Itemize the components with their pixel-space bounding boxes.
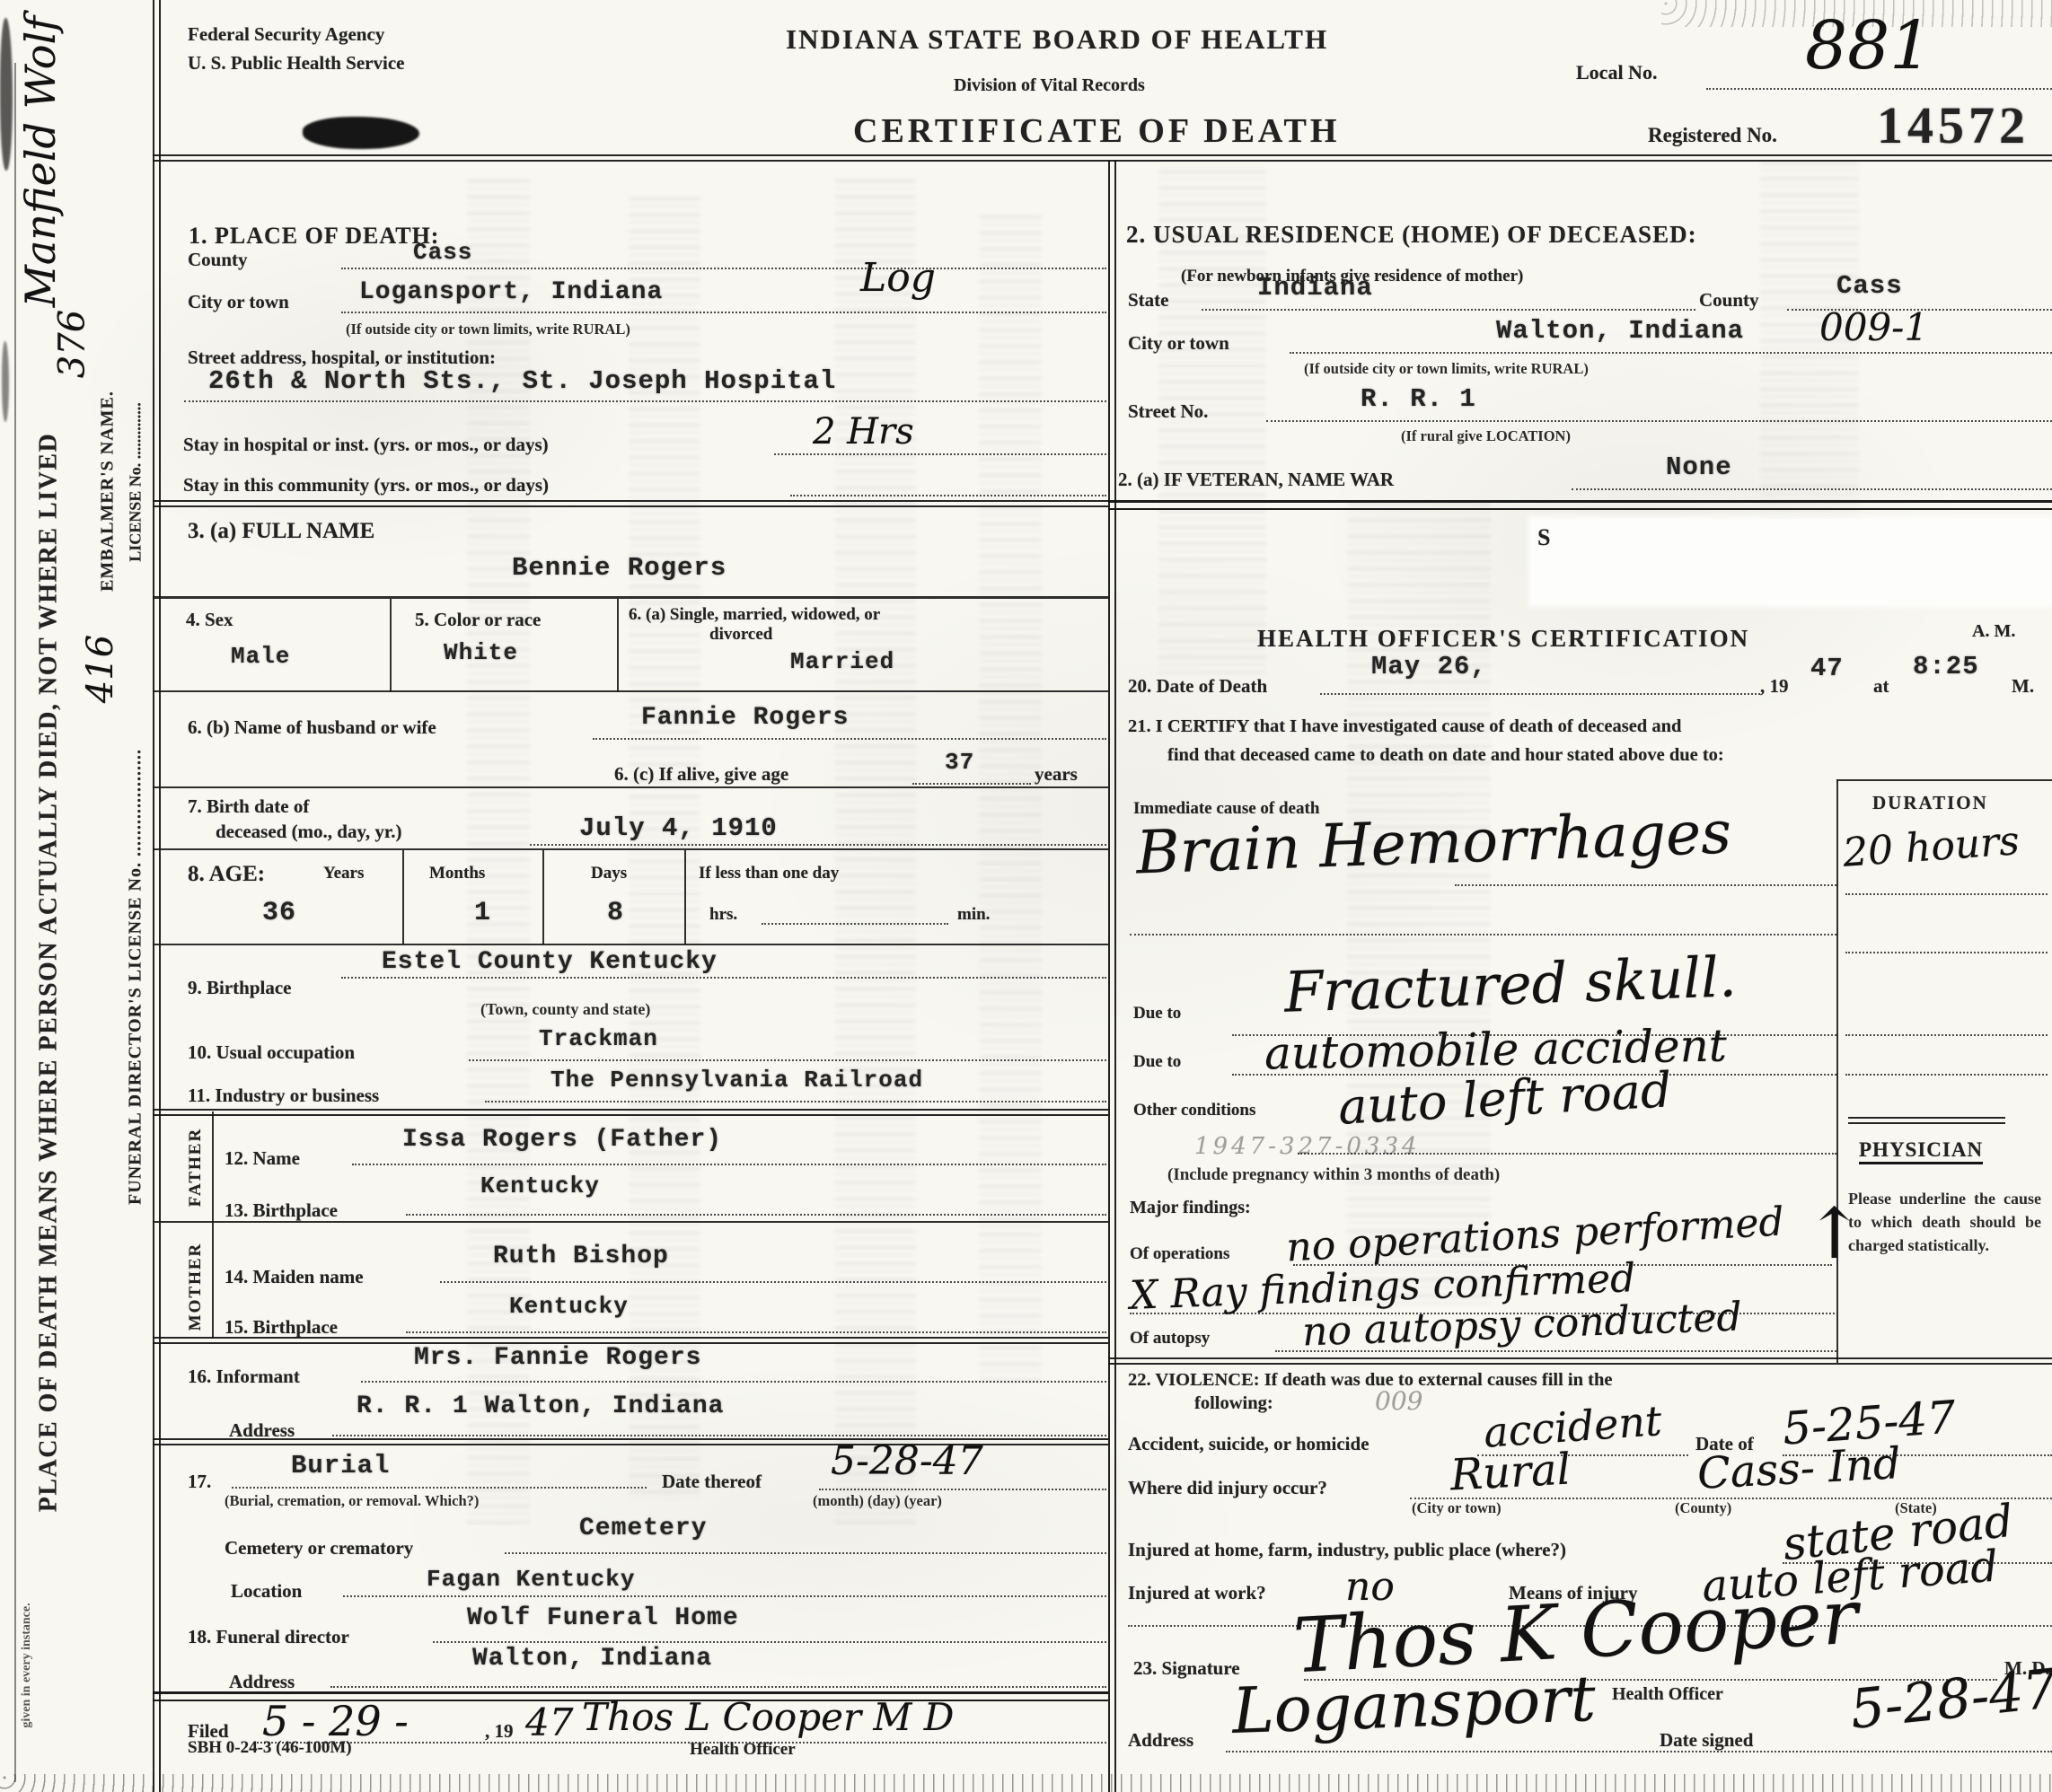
filed-officer-label: Health Officer [690,1740,796,1760]
scan-mark [2,341,9,422]
margin-license-label: LICENSE No. .............. [124,377,147,588]
filed-signature-handwritten: Thos L Cooper M D [582,1695,954,1739]
date-of-death-label: 20. Date of Death [1128,675,1267,698]
informant-address-value: R. R. 1 Walton, Indiana [357,1392,724,1420]
funeral-address-label: Address [229,1671,295,1693]
birthplace-value: Estel County Kentucky [382,948,718,976]
city-hint: (If outside city or town limits, write R… [346,321,630,338]
board-title: INDIANA STATE BOARD OF HEALTH [786,23,1328,56]
date-of-death-m: M. [2012,675,2034,698]
local-no-label: Local No. [1576,61,1657,84]
funeral-address-line [330,1661,1106,1688]
occupation-value: Trackman [539,1025,658,1052]
alive-years-label: years [1035,763,1078,786]
age-years-label: Years [323,864,364,883]
informant-address-label: Address [229,1419,295,1442]
certify-line-2: find that deceased came to death on date… [1167,745,1724,766]
cell-divider [617,599,619,692]
duration-box-left [1836,779,1838,1363]
form-left-border [153,0,161,1792]
row-rule [153,848,1108,850]
age-months-label: Months [429,864,485,883]
age-label: 8. AGE: [188,862,265,887]
age-min-label: min. [957,905,990,925]
duration-line [1845,1009,2048,1036]
residence-state-value: Indiana [1257,273,1373,303]
margin-funeral-license-number: 416 [78,619,123,718]
am-label: A. M. [1972,621,2015,642]
funeral-address-value: Walton, Indiana [472,1645,712,1673]
scan-mark [0,18,13,171]
date-of-death-at: at [1873,675,1889,698]
stay-hospital-handwritten: 2 Hrs [813,411,914,452]
column-divider [1108,160,1116,1792]
county-value: Cass [413,239,472,266]
section-rule [153,1109,1108,1116]
cemetery-label: Cemetery or crematory [225,1537,413,1559]
section-rule [153,500,1108,507]
date-signed-label: Date signed [1660,1729,1753,1752]
age-cell-divider [542,850,544,944]
violence-where-label: Where did injury occur? [1128,1477,1327,1499]
age-less-label: If less than one day [699,864,839,883]
violence-title-line1: 22. VIOLENCE: If death was due to extern… [1128,1370,1612,1391]
age-hrs-line [762,900,948,925]
violence-where-city-handwritten: Rural [1449,1445,1572,1501]
burial-location-label: Location [231,1580,302,1603]
faint-pencil-number: 1947-327-0334 [1194,1133,1421,1160]
marital-label-line2: divorced [709,625,772,645]
date-of-death-time: 8:25 [1913,652,1979,681]
margin-embalmer-license-number: 376 [50,296,95,392]
autopsy-label: Of autopsy [1130,1329,1210,1348]
due-to-1-label: Due to [1133,1004,1181,1023]
operations-label: Of operations [1130,1244,1229,1264]
parents-inner-border [212,1111,214,1339]
violence-where-hint-city: (City or town) [1412,1499,1502,1517]
spouse-label: 6. (b) Name of husband or wife [188,716,436,739]
birthdate-label-line1: 7. Birth date of [188,795,309,818]
residence-county-label: County [1699,289,1759,312]
marital-value: Married [790,648,894,675]
row-rule [153,690,1108,692]
duration-box-top [1836,779,2052,781]
sex-value: Male [231,643,290,670]
burial-date-handwritten: 5-28-47 [831,1438,983,1484]
certify-line-1: 21. I CERTIFY that I have investigated c… [1128,716,1681,737]
funeral-director-label: 18. Funeral director [188,1626,349,1648]
industry-label: 11. Industry or business [188,1085,379,1107]
pregnancy-hint: (Include pregnancy within 3 months of de… [1167,1165,1500,1185]
burial-type-hint: (Burial, cremation, or removal. Which?) [225,1492,479,1510]
industry-value: The Pennsylvania Railroad [550,1067,923,1094]
agency-line-2: U. S. Public Health Service [188,52,404,75]
veteran-label: 2. (a) IF VETERAN, NAME WAR [1118,469,1394,491]
registered-no-value: 14572 [1877,95,2030,155]
birthdate-label-line2: deceased (mo., day, yr.) [216,821,401,843]
major-findings-label: Major findings: [1130,1198,1251,1218]
stay-community-label: Stay in this community (yrs. or mos., or… [183,474,549,496]
violence-where-county-handwritten: Cass- Ind [1696,1438,1902,1499]
certification-title: HEALTH OFFICER'S CERTIFICATION [1257,625,1749,653]
age-hrs-label: hrs. [709,905,737,925]
birthplace-label: 9. Birthplace [188,977,292,999]
mother-name-value: Ruth Bishop [493,1243,669,1270]
margin-embalmer-label: EMBALMER'S NAME. [95,382,120,602]
age-days-label: Days [591,864,627,883]
city-label: City or town [188,291,289,313]
scan-noise-bottom [0,1774,2052,1792]
health-officer-label: Health Officer [1612,1684,1723,1705]
place-of-death-title: 1. PLACE OF DEATH: [189,223,439,250]
row-rule [153,944,1108,945]
father-name-label: 12. Name [225,1147,300,1170]
residence-state-label: State [1128,289,1169,312]
date-of-death-value: May 26, [1371,652,1487,681]
certificate-title: CERTIFICATE OF DEATH [853,111,1340,151]
age-cell-divider [402,850,404,944]
mother-side-label: MOTHER [185,1226,207,1347]
signature-label: 23. Signature [1133,1657,1240,1680]
address-label: Address [1128,1729,1193,1752]
registered-no-label: Registered No. [1648,124,1777,147]
date-of-death-year-value: 47 [1810,654,1844,683]
race-label: 5. Color or race [415,609,541,631]
stay-hospital-label: Stay in hospital or inst. (yrs. or mos.,… [183,434,549,456]
other-conditions-label: Other conditions [1133,1101,1255,1120]
spouse-value: Fannie Rogers [641,704,849,732]
race-value: White [444,639,518,666]
residence-title: 2. USUAL RESIDENCE (HOME) OF DECEASED: [1126,221,1697,249]
violence-title-line2: following: [1194,1393,1273,1414]
alive-age-label: 6. (c) If alive, give age [614,763,788,786]
violence-injured-place-label: Injured at home, farm, industry, public … [1128,1539,1566,1561]
residence-street-label: Street No. [1128,400,1208,423]
row-rule [153,786,1108,788]
residence-city-handwritten: 009-1 [1819,305,1928,349]
filed-date-handwritten: 5 - 29 - [262,1697,409,1745]
hand-arrow: ↑ [1805,1194,1863,1275]
cemetery-value: Cemetery [579,1515,707,1542]
father-birthplace-value: Kentucky [480,1173,600,1199]
bleedthrough-strip [1347,503,1491,1311]
certification-bottom-rule [1108,1357,2052,1365]
margin-rule [14,63,16,1782]
duration-label: DURATION [1872,792,1988,814]
residence-city-label: City or town [1128,332,1229,355]
residence-county-value: Cass [1836,271,1903,301]
burial-label: 17. [188,1471,211,1493]
violence-injured-work-label: Injured at work? [1128,1582,1266,1604]
margin-embalmer-name-handwritten: Manfield Wolf [13,9,67,314]
duration-line [1845,927,2048,953]
funeral-director-value: Wolf Funeral Home [467,1604,739,1632]
mother-name-label: 14. Maiden name [225,1266,364,1288]
full-name-value: Bennie Rogers [512,553,727,583]
form-top-rule [153,154,2052,162]
residence-street-hint: (If rural give LOCATION) [1401,427,1571,445]
mother-birthplace-value: Kentucky [509,1293,629,1320]
violence-where-hint-county: (County) [1675,1499,1731,1517]
residence-street-value: R. R. 1 [1361,384,1476,414]
violence-faint-number: 009 [1375,1386,1422,1416]
death-certificate-scan: Manfield Wolf 376 EMBALMER'S NAME. LICEN… [0,0,2052,1792]
birthdate-value: July 4, 1910 [579,813,778,843]
county-handwritten: Log [860,255,936,301]
father-birthplace-label: 13. Birthplace [225,1199,338,1222]
division-subtitle: Division of Vital Records [954,75,1145,96]
full-name-label: 3. (a) FULL NAME [188,519,374,544]
age-months-value: 1 [474,898,491,928]
mother-birthplace-label: 15. Birthplace [225,1316,338,1339]
age-days-value: 8 [607,898,624,928]
stay-community-line [790,468,1106,496]
burial-type-value: Burial [291,1451,390,1480]
street-value: 26th & North Sts., St. Joseph Hospital [208,366,836,396]
occupation-label: 10. Usual occupation [188,1041,355,1064]
cell-divider [390,599,392,692]
residence-city-hint: (If outside city or town limits, write R… [1304,360,1589,378]
informant-label: 16. Informant [188,1366,300,1388]
father-side-label: FATHER [185,1117,207,1217]
address-handwritten: Logansport [1231,1662,1597,1748]
duration-line [1845,1049,2048,1076]
county-label: County [188,249,248,271]
sex-label: 4. Sex [186,609,233,631]
city-value: Logansport, Indiana [359,278,663,306]
violence-kind-label: Accident, suicide, or homicide [1128,1433,1369,1455]
burial-date-hint: (month) (day) (year) [813,1492,942,1510]
ink-stamp-blob [303,117,419,149]
age-cell-divider [684,850,686,944]
cause-blank-line [1130,909,1836,936]
birthplace-hint: (Town, county and state) [480,1000,650,1019]
due-to-2-label: Due to [1133,1052,1181,1072]
local-no-value: 881 [1805,7,1932,84]
residence-bottom-rule [1108,500,2052,510]
margin-funeral-license-label: FUNERAL DIRECTOR'S LICENSE No. .........… [124,625,147,1330]
filed-year-printed: , 19 [485,1720,514,1743]
veteran-value: None [1666,452,1732,482]
filed-year-handwritten: 47 [525,1700,573,1744]
physician-note: Please underline the cause to which deat… [1848,1187,2041,1257]
age-years-value: 36 [262,898,296,928]
agency-line-1: Federal Security Agency [188,23,384,46]
marital-label-line1: 6. (a) Single, married, widowed, or [629,605,880,625]
physician-title: PHYSICIAN [1859,1138,1983,1164]
physician-panel-top [1848,1117,2005,1124]
whiteout-letter: S [1537,524,1550,551]
burial-date-label: Date thereof [662,1471,762,1493]
margin-place-notice: PLACE OF DEATH MEANS WHERE PERSON ACTUAL… [31,378,67,1568]
burial-location-value: Fagan Kentucky [427,1566,635,1593]
section-rule [153,596,1108,599]
father-name-value: Issa Rogers (Father) [402,1126,722,1154]
informant-name-value: Mrs. Fannie Rogers [414,1344,701,1372]
margin-notice-small: given in every instance. [19,1571,35,1760]
date-of-death-year-printed: , 19 [1760,675,1789,698]
whiteout-box [1531,519,2052,604]
alive-age-value: 37 [945,749,974,776]
residence-city-value: Walton, Indiana [1496,316,1744,346]
veteran-line [1572,463,2052,490]
